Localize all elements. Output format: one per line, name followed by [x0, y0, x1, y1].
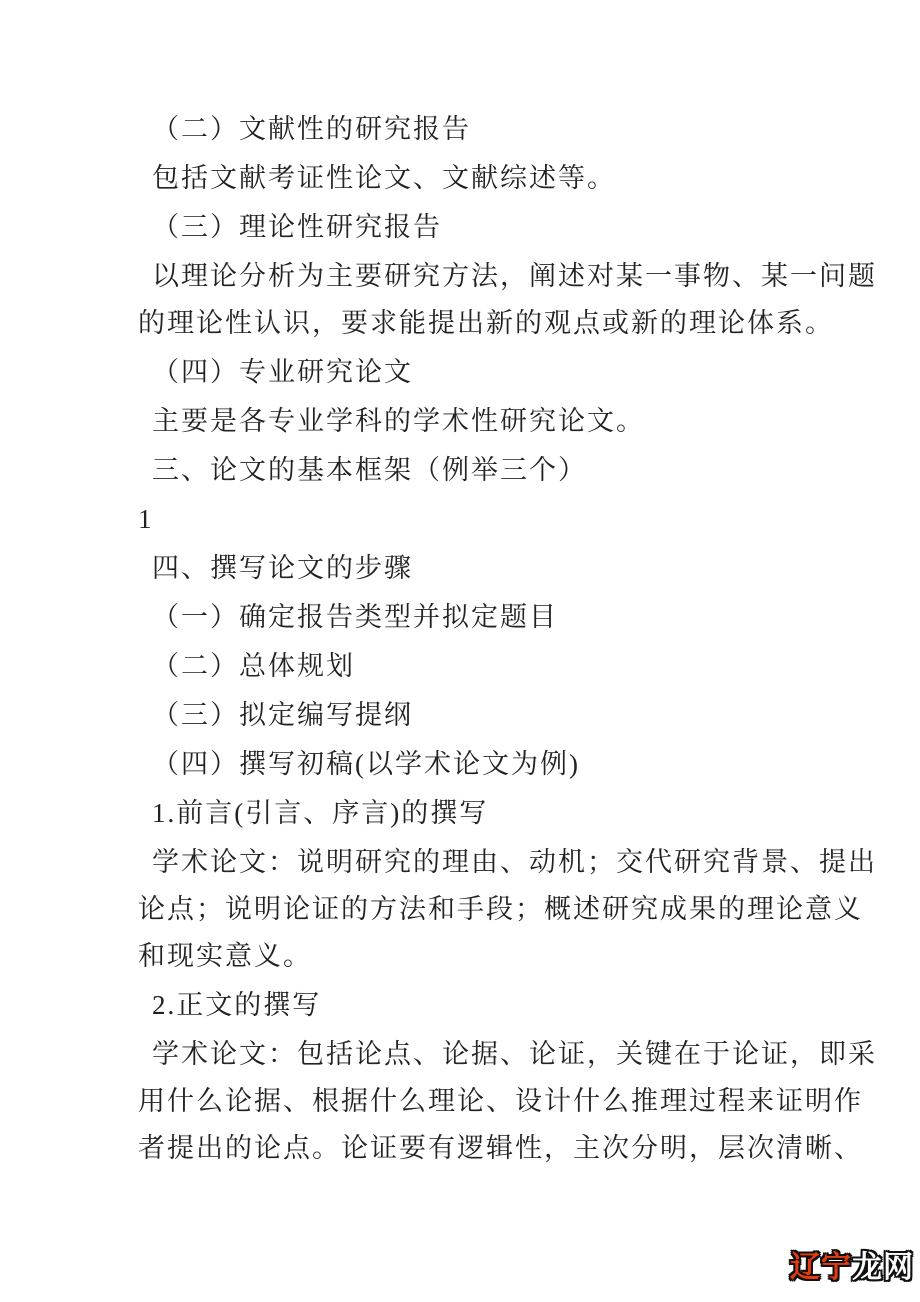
text-line: 三、论文的基本框架（例举三个）: [138, 447, 882, 494]
text-line: 包括文献考证性论文、文献综述等。: [138, 155, 882, 202]
text-line: 论点；说明论证的方法和手段；概述研究成果的理论意义: [138, 886, 882, 933]
text-line: （四）专业研究论文: [138, 349, 882, 396]
text-line: 主要是各专业学科的学术性研究论文。: [138, 398, 882, 445]
watermark-logo: 辽宁龙网: [790, 1242, 914, 1286]
text-line: 用什么论据、根据什么理论、设计什么推理过程来证明作: [138, 1078, 882, 1125]
text-line: 和现实意义。: [138, 933, 882, 980]
text-line: 的理论性认识，要求能提出新的观点或新的理论体系。: [138, 300, 882, 347]
text-line: 以理论分析为主要研究方法，阐述对某一事物、某一问题: [138, 253, 882, 300]
text-line: （三）理论性研究报告: [138, 204, 882, 251]
text-line: （二）文献性的研究报告: [138, 106, 882, 153]
text-line: 学术论文：包括论点、论据、论证，关键在于论证，即采: [138, 1031, 882, 1078]
watermark-text-part1: 辽宁: [790, 1251, 852, 1284]
text-line: （三）拟定编写提纲: [138, 692, 882, 739]
text-line: 者提出的论点。论证要有逻辑性，主次分明，层次清晰、: [138, 1125, 882, 1172]
text-line: （二）总体规划: [138, 643, 882, 690]
document-body: （二）文献性的研究报告包括文献考证性论文、文献综述等。（三）理论性研究报告以理论…: [138, 106, 882, 1172]
watermark-text-part2: 龙网: [852, 1251, 914, 1284]
text-line: 2.正文的撰写: [138, 982, 882, 1029]
document-page: （二）文献性的研究报告包括文献考证性论文、文献综述等。（三）理论性研究报告以理论…: [0, 0, 920, 1302]
text-line: （四）撰写初稿(以学术论文为例): [138, 741, 882, 788]
text-line: 1: [138, 496, 882, 543]
text-line: 学术论文：说明研究的理由、动机；交代研究背景、提出: [138, 839, 882, 886]
text-line: （一）确定报告类型并拟定题目: [138, 594, 882, 641]
text-line: 四、撰写论文的步骤: [138, 545, 882, 592]
text-line: 1.前言(引言、序言)的撰写: [138, 790, 882, 837]
